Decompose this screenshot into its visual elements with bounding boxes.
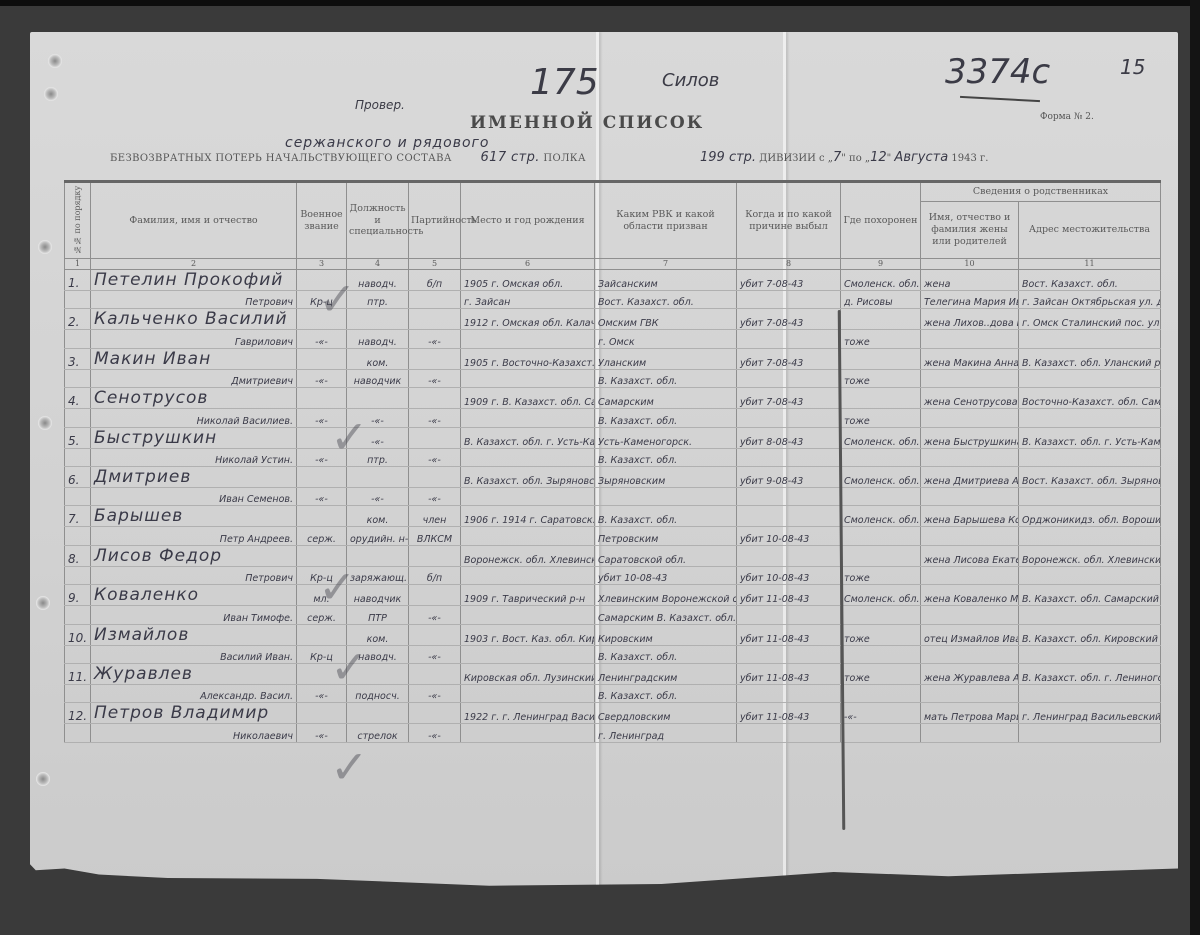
header-position: Должность и специальность [347,182,409,259]
relative-name-cell: жена Лисова Екатерина Михайловна [921,545,1019,566]
date-reason-cell [737,606,841,624]
burial-place-cell [841,309,921,330]
row-number-cell [65,487,91,505]
conscripted-by-cell: Петровским [595,527,737,545]
relative-address-cell [1019,566,1161,584]
row-number-cell: 8. [65,545,91,566]
party-cell [409,348,461,369]
position-cell: наводчик [347,369,409,387]
full-name-cell: Николай Василиев. [91,409,297,427]
date-reason-cell: убит 11-08-43 [737,624,841,645]
row-number-cell [65,684,91,702]
signature-left: Провер. [355,98,405,112]
casualty-table: №№ по порядку Фамилия, имя и отчество Во… [64,180,1161,743]
column-number: 10 [921,259,1019,270]
header-birth: Место и год рождения [461,182,595,259]
full-name-cell: Василий Иван. [91,645,297,663]
regiment-label: ПОЛКА [543,153,586,164]
row-number-cell [65,527,91,545]
date-reason-cell: убит 9-08-43 [737,466,841,487]
burial-place-cell [841,645,921,663]
row-number-cell: 9. [65,585,91,606]
header-buried: Где похоронен [841,182,921,259]
date-from: 7 [833,150,841,165]
party-cell: -«- [409,448,461,466]
conscripted-by-cell: Ленинградским [595,663,737,684]
conscripted-by-cell: В. Казахст. обл. [595,645,737,663]
burial-place-cell: тоже [841,566,921,584]
row-number-cell: 7. [65,506,91,527]
conscripted-by-cell: В. Казахст. обл. [595,369,737,387]
relative-address-cell [1019,448,1161,466]
subtitle-printed: БЕЗВОЗВРАТНЫХ ПОТЕРЬ НАЧАЛЬСТВУЮЩЕГО СОС… [110,153,452,164]
table-row: ПетровичКр-цптр.г. ЗайсанВост. Казахст. … [65,291,1161,309]
birth-place-cell [461,684,595,702]
checkmark: ✓ [330,640,369,694]
burial-place-cell [841,606,921,624]
conscripted-by-cell: В. Казахст. обл. [595,409,737,427]
row-number-cell [65,291,91,309]
party-cell: -«- [409,330,461,348]
checkmark: ✓ [330,410,369,464]
relative-name-cell: Телегина Мария Ивановна [921,291,1019,309]
relative-name-cell: мать Петрова Мария Герасимовна [921,703,1019,724]
party-cell [409,291,461,309]
date-reason-cell: убит 11-08-43 [737,585,841,606]
conscripted-by-cell [595,487,737,505]
table-row: 2.Кальченко Василий1912 г. Омская обл. К… [65,309,1161,330]
birth-place-cell [461,645,595,663]
date-reason-cell [737,448,841,466]
party-cell: -«- [409,645,461,663]
party-cell [409,703,461,724]
date-reason-cell: убит 7-08-43 [737,348,841,369]
full-name-cell: Николаевич [91,724,297,742]
date-reason-cell: убит 7-08-43 [737,309,841,330]
birth-place-cell: В. Казахст. обл. Зыряновский р-н с. Боро… [461,466,595,487]
table-row: 7.Барышевком.член1906 г. 1914 г. Саратов… [65,506,1161,527]
conscripted-by-cell: г. Ленинград [595,724,737,742]
full-name-cell: Сенотрусов [91,388,297,409]
rank-cell: -«- [297,369,347,387]
punch-hole [36,596,50,610]
relative-name-cell: жена [921,270,1019,291]
conscripted-by-cell: Усть-Каменогорск. [595,427,737,448]
table-row: 9.Коваленкомл.наводчик1909 г. Таврически… [65,585,1161,606]
date-reason-cell [737,291,841,309]
punch-hole [38,416,52,430]
header-number: №№ по порядку [65,182,91,259]
conscripted-by-cell: убит 10-08-43 [595,566,737,584]
position-cell: орудийн. н-ца [347,527,409,545]
row-number-cell: 1. [65,270,91,291]
party-cell [409,427,461,448]
date-reason-cell [737,506,841,527]
position-cell: ком. [347,506,409,527]
rank-cell [297,703,347,724]
sheet-number: 15 [1120,55,1145,79]
row-number-cell: 4. [65,388,91,409]
punch-hole [38,240,52,254]
date-to-label: по [849,153,862,164]
header-party: Партийность [409,182,461,259]
relative-address-cell [1019,487,1161,505]
conscripted-by-cell: Зайсанским [595,270,737,291]
position-cell: ком. [347,348,409,369]
conscripted-by-cell: Хлевинским Воронежской обл. [595,585,737,606]
form-label: Форма № 2. [1040,112,1094,122]
date-reason-cell: убит 11-08-43 [737,663,841,684]
relative-address-cell: В. Казахст. обл. Уланский р-н Никитински… [1019,348,1161,369]
full-name-cell: Петр Андреев. [91,527,297,545]
party-cell: б/п [409,270,461,291]
party-cell [409,585,461,606]
position-cell [347,388,409,409]
table-row: Петр Андреев.серж.орудийн. н-цаВЛКСМПетр… [65,527,1161,545]
table-row: 1.Петелин Прокофийнаводч.б/п1905 г. Омск… [65,270,1161,291]
full-name-cell: Александр. Васил. [91,684,297,702]
burial-place-cell [841,348,921,369]
burial-place-cell: д. Рисовы [841,291,921,309]
column-number: 3 [297,259,347,270]
row-number-cell [65,566,91,584]
row-number-cell: 11. [65,663,91,684]
header-name: Фамилия, имя и отчество [91,182,297,259]
full-name-cell: Измайлов [91,624,297,645]
table-row: Гаврилович-«-наводч.-«-г. Омсктоже [65,330,1161,348]
header-conscripted: Каким РВК и какой области призван [595,182,737,259]
relative-address-cell [1019,606,1161,624]
birth-place-cell [461,566,595,584]
party-cell [409,309,461,330]
relative-address-cell: В. Казахст. обл. г. Лениногорск ул. Кали… [1019,663,1161,684]
burial-place-cell: тоже [841,624,921,645]
rank-cell [297,348,347,369]
header-rank: Военное звание [297,182,347,259]
column-number: 1 [65,259,91,270]
scan-right-border [1190,0,1200,935]
burial-place-cell [841,684,921,702]
rank-cell [297,466,347,487]
date-reason-cell: убит 10-08-43 [737,527,841,545]
birth-place-cell: 1912 г. Омская обл. Калачинский р-н [461,309,595,330]
date-reason-cell [737,684,841,702]
relative-address-cell: Восточно-Казахст. обл. Самарский р-н с. … [1019,388,1161,409]
table-row: Николай Василиев.-«--«--«-В. Казахст. об… [65,409,1161,427]
date-reason-cell [737,645,841,663]
row-number-cell [65,448,91,466]
column-number: 7 [595,259,737,270]
conscripted-by-cell: В. Казахст. обл. [595,448,737,466]
relative-name-cell: жена Барышева Ксения Митрофан. [921,506,1019,527]
relative-name-cell [921,606,1019,624]
checkmark: ✓ [330,740,369,794]
date-reason-cell: убит 11-08-43 [737,703,841,724]
party-cell: ВЛКСМ [409,527,461,545]
date-reason-cell [737,369,841,387]
relative-name-cell [921,645,1019,663]
column-number: 5 [409,259,461,270]
relative-name-cell [921,409,1019,427]
subtitle-line: БЕЗВОЗВРАТНЫХ ПОТЕРЬ НАЧАЛЬСТВУЮЩЕГО СОС… [110,150,586,165]
full-name-cell: Петров Владимир [91,703,297,724]
burial-place-cell [841,527,921,545]
party-cell: -«- [409,369,461,387]
full-name-cell: Барышев [91,506,297,527]
row-number-cell: 2. [65,309,91,330]
rank-cell: -«- [297,330,347,348]
relative-address-cell: Вост. Казахст. обл. Зыряновский р-н Боро… [1019,466,1161,487]
table-row: 4.Сенотрусов1909 г. В. Казахст. обл. Сам… [65,388,1161,409]
rank-cell: -«- [297,487,347,505]
relative-address-cell [1019,724,1161,742]
relative-address-cell [1019,645,1161,663]
column-number: 4 [347,259,409,270]
party-cell: б/п [409,566,461,584]
table-row: 10.Измайловком.1903 г. Вост. Каз. обл. К… [65,624,1161,645]
conscripted-by-cell: Омским ГВК [595,309,737,330]
birth-place-cell [461,448,595,466]
full-name-cell: Дмитриев [91,466,297,487]
relative-address-cell: Вост. Казахст. обл. [1019,270,1161,291]
birth-place-cell: 1903 г. Вост. Каз. обл. Кировский р-н с.… [461,624,595,645]
punch-hole [48,54,62,68]
table-row: 5.Быструшкин-«-В. Казахст. обл. г. Усть-… [65,427,1161,448]
table-row: 12.Петров Владимир1922 г. г. Ленинград В… [65,703,1161,724]
header-when-why: Когда и по какой причине выбыл [737,182,841,259]
punch-hole [36,772,50,786]
relative-name-cell [921,330,1019,348]
relative-name-cell: жена Коваленко Мария Семеновна [921,585,1019,606]
document-title: ИМЕННОЙ СПИСОК [470,113,704,133]
relative-name-cell: жена Лихов..дова Нина Ивановна [921,309,1019,330]
burial-place-cell [841,487,921,505]
burial-place-cell [841,388,921,409]
relative-name-cell: жена Дмитриева Анастас. Иоаннов. [921,466,1019,487]
relative-address-cell: В. Казахст. обл. Самарский р-н с. Белое [1019,585,1161,606]
table-row: 3.Макин Иванком.1905 г. Восточно-Казахст… [65,348,1161,369]
birth-place-cell: 1909 г. В. Казахст. обл. Самарский р-н с… [461,388,595,409]
burial-place-cell [841,448,921,466]
party-cell [409,545,461,566]
year: 1943 г. [951,153,988,164]
birth-place-cell: 1905 г. Омская обл. [461,270,595,291]
column-number: 6 [461,259,595,270]
signature-top: Силов [662,70,719,91]
position-cell: -«- [347,487,409,505]
date-to: 12 [870,150,887,165]
column-numbers-row: 1234567891011 [65,259,1161,270]
rank-cell [297,388,347,409]
full-name-cell: Быструшкин [91,427,297,448]
table-row: 11.ЖуравлевКировская обл. Лузинский р-н … [65,663,1161,684]
table-row: Александр. Васил.-«-подносч.-«-В. Казахс… [65,684,1161,702]
table-row: Николай Устин.-«-птр.-«-В. Казахст. обл. [65,448,1161,466]
birth-place-cell [461,330,595,348]
full-name-cell: Журавлев [91,663,297,684]
relative-name-cell [921,527,1019,545]
relative-address-cell: г. Зайсан Октябрьская ул. д. 12 [1019,291,1161,309]
scan-top-border [0,0,1200,6]
birth-place-cell [461,369,595,387]
burial-place-cell: Смоленск. обл. Ельнинск. р-н 500 м вост.… [841,466,921,487]
position-cell [347,703,409,724]
party-cell [409,466,461,487]
row-number-cell: 6. [65,466,91,487]
date-reason-cell [737,330,841,348]
relative-address-cell: Воронежск. обл. Хлевинский р-н д. Н. Дуб… [1019,545,1161,566]
table-row: Дмитриевич-«-наводчик-«-В. Казахст. обл.… [65,369,1161,387]
burial-place-cell: Смоленск. обл. Ельнинск. р-н 200 м вост.… [841,585,921,606]
full-name-cell: Петрович [91,291,297,309]
relative-address-cell: В. Казахст. обл. Кировский р-н с. Уваров… [1019,624,1161,645]
date-reason-cell: убит 8-08-43 [737,427,841,448]
relative-address-cell [1019,684,1161,702]
table-row: 6.ДмитриевВ. Казахст. обл. Зыряновский р… [65,466,1161,487]
relative-name-cell [921,448,1019,466]
row-number-cell [65,369,91,387]
relative-name-cell: жена Макина Анна Васильевна [921,348,1019,369]
subtitle-handwritten-insert: сержанского и рядового [285,135,489,151]
full-name-cell: Петелин Прокофий [91,270,297,291]
table-row: 8.Лисов ФедорВоронежск. обл. Хлевинский … [65,545,1161,566]
conscripted-by-cell: Самарским В. Казахст. обл. [595,606,737,624]
checkmark: ✓ [318,560,357,614]
birth-place-cell [461,606,595,624]
column-number: 8 [737,259,841,270]
rank-cell [297,506,347,527]
birth-place-cell: 1922 г. г. Ленинград Васильевский остров… [461,703,595,724]
relative-name-cell: жена Быструшкина Мария Александр. [921,427,1019,448]
relative-name-cell: жена Журавлева Анна Павловна [921,663,1019,684]
rank-cell: серж. [297,527,347,545]
full-name-cell: Николай Устин. [91,448,297,466]
burial-place-cell: Смоленск. обл. зап. дер. Шинки [841,427,921,448]
party-cell: -«- [409,606,461,624]
handwritten-number: 175 [530,62,599,103]
burial-place-cell: Смоленск. обл. Ельнинск. р-н 400 м зап. … [841,506,921,527]
row-number-cell: 10. [65,624,91,645]
birth-place-cell [461,487,595,505]
full-name-cell: Дмитриевич [91,369,297,387]
birth-place-cell: Воронежск. обл. Хлевинский р-н д. Н. Дуб… [461,545,595,566]
header-relative-name: Имя, отчество и фамилия жены или родител… [921,202,1019,259]
party-cell: -«- [409,684,461,702]
row-number-cell [65,409,91,427]
date-reason-cell [737,487,841,505]
header-relatives-group: Сведения о родственниках [921,182,1161,202]
column-number: 9 [841,259,921,270]
date-reason-cell: убит 7-08-43 [737,270,841,291]
burial-place-cell: -«- [841,703,921,724]
date-reason-cell [737,724,841,742]
table-row: ПетровичКр-цзаряжающ.б/пубит 10-08-43уби… [65,566,1161,584]
relative-name-cell: жена Сенотрусова Прасковья Ивановна [921,388,1019,409]
division-value: 199 стр. [700,150,756,165]
relative-address-cell [1019,330,1161,348]
table-row: Николаевич-«-стрелок-«-г. Ленинград [65,724,1161,742]
date-reason-cell [737,545,841,566]
burial-place-cell: тоже [841,409,921,427]
relative-address-cell [1019,409,1161,427]
date-reason-cell: убит 10-08-43 [737,566,841,584]
relative-address-cell: г. Омск Сталинский пос. ул. Толстого 31 [1019,309,1161,330]
birth-place-cell [461,527,595,545]
division-line: 199 стр. ДИВИЗИИ с „7" по „12" Августа 1… [700,150,988,165]
row-number-cell: 3. [65,348,91,369]
conscripted-by-cell: Свердловским [595,703,737,724]
conscripted-by-cell: Самарским [595,388,737,409]
position-cell: наводч. [347,330,409,348]
birth-place-cell: Кировская обл. Лузинский р-н Ленинского … [461,663,595,684]
checkmark: ✓ [318,272,357,326]
party-cell: -«- [409,409,461,427]
party-cell [409,388,461,409]
punch-hole [44,87,58,101]
relative-address-cell [1019,369,1161,387]
full-name-cell: Коваленко [91,585,297,606]
relative-address-cell: Орджоникидз. обл. Ворошиловский р-н ст. … [1019,506,1161,527]
relative-name-cell [921,724,1019,742]
party-cell: член [409,506,461,527]
table-row: Иван Семенов.-«--«--«- [65,487,1161,505]
full-name-cell: Иван Тимофе. [91,606,297,624]
archive-number: 3374с [945,52,1050,92]
relative-name-cell [921,369,1019,387]
burial-place-cell: тоже [841,369,921,387]
birth-place-cell [461,409,595,427]
table-row: Иван Тимофе.серж.ПТР-«-Самарским В. Каза… [65,606,1161,624]
position-cell [347,466,409,487]
full-name-cell: Иван Семенов. [91,487,297,505]
row-number-cell [65,606,91,624]
conscripted-by-cell: Саратовской обл. [595,545,737,566]
month: Августа [894,150,948,165]
column-number: 2 [91,259,297,270]
birth-place-cell: 1909 г. Таврический р-н [461,585,595,606]
birth-place-cell: 1905 г. Восточно-Казахст. обл. Уланский … [461,348,595,369]
relative-name-cell [921,684,1019,702]
birth-place-cell: г. Зайсан [461,291,595,309]
relative-address-cell: В. Казахст. обл. г. Усть-Каменогорск ул.… [1019,427,1161,448]
full-name-cell: Петрович [91,566,297,584]
date-reason-cell [737,409,841,427]
full-name-cell: Гаврилович [91,330,297,348]
conscripted-by-cell: Кировским [595,624,737,645]
relative-address-cell [1019,527,1161,545]
relative-name-cell [921,487,1019,505]
conscripted-by-cell: Вост. Казахст. обл. [595,291,737,309]
conscripted-by-cell: В. Казахст. обл. [595,684,737,702]
full-name-cell: Макин Иван [91,348,297,369]
conscripted-by-cell: В. Казахст. обл. [595,506,737,527]
burial-place-cell [841,724,921,742]
conscripted-by-cell: г. Омск [595,330,737,348]
conscripted-by-cell: Зыряновским [595,466,737,487]
party-cell: -«- [409,487,461,505]
date-reason-cell: убит 7-08-43 [737,388,841,409]
party-cell [409,624,461,645]
conscripted-by-cell: Уланским [595,348,737,369]
relative-name-cell [921,566,1019,584]
birth-place-cell: 1906 г. 1914 г. Саратовск. обл. Петровск… [461,506,595,527]
row-number-cell [65,330,91,348]
full-name-cell: Кальченко Василий [91,309,297,330]
regiment-value: 617 стр. [481,150,540,165]
row-number-cell [65,724,91,742]
full-name-cell: Лисов Федор [91,545,297,566]
birth-place-cell [461,724,595,742]
